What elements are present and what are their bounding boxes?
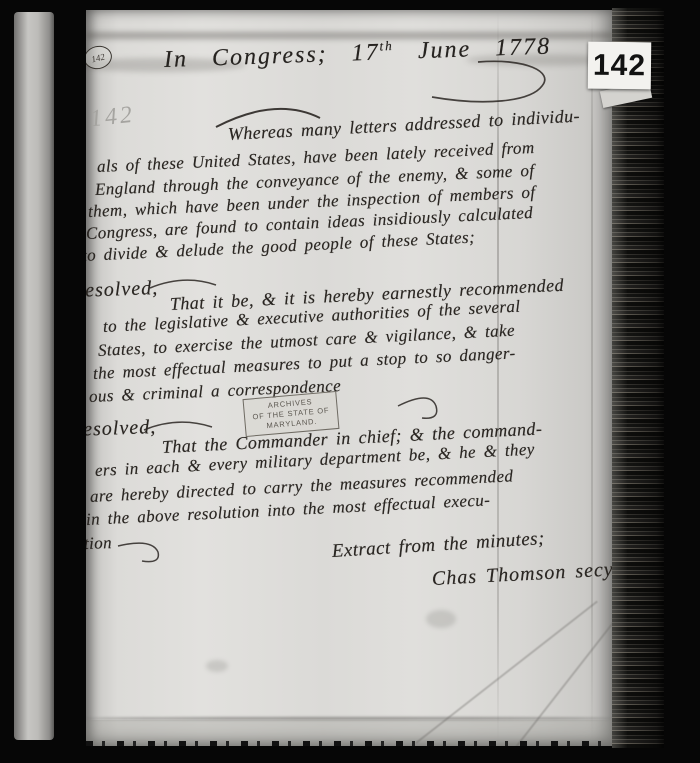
paper-stain-1 — [426, 610, 456, 628]
closing-line: Extract from the minutes; — [331, 528, 545, 563]
signature: Chas Thomson secy — [431, 558, 613, 590]
bottom-edge-fringe — [86, 741, 613, 746]
tion-swash — [118, 543, 158, 562]
resolved-label-1: Resolved, — [86, 277, 159, 303]
folio-tab-number: 142 — [593, 48, 646, 83]
correspondence-swash — [398, 398, 437, 418]
heading-suffix: June 1778 — [393, 33, 551, 64]
scanned-manuscript: 142 142 In Congress; 17th June 1778 Wher… — [0, 0, 700, 763]
heading-prefix: In Congress; 17 — [164, 39, 381, 73]
left-page-edge-strip — [14, 12, 54, 740]
paper-stain-2 — [206, 660, 228, 672]
circled-folio-number: 142 — [90, 51, 106, 64]
manuscript-page: 142 142 In Congress; 17th June 1778 Wher… — [86, 10, 613, 746]
pencil-folio-number: 142 — [89, 102, 137, 134]
heading-ordinal: th — [379, 38, 394, 53]
page-edge-fold-line — [591, 10, 593, 746]
heading-swash — [432, 61, 545, 101]
book-binding-edge — [612, 8, 664, 748]
resolved-label-2: Resolved, — [86, 416, 157, 442]
para3-line5: tion — [86, 533, 112, 554]
folio-tab: 142 — [588, 42, 651, 90]
resolved1-swash — [150, 280, 216, 288]
